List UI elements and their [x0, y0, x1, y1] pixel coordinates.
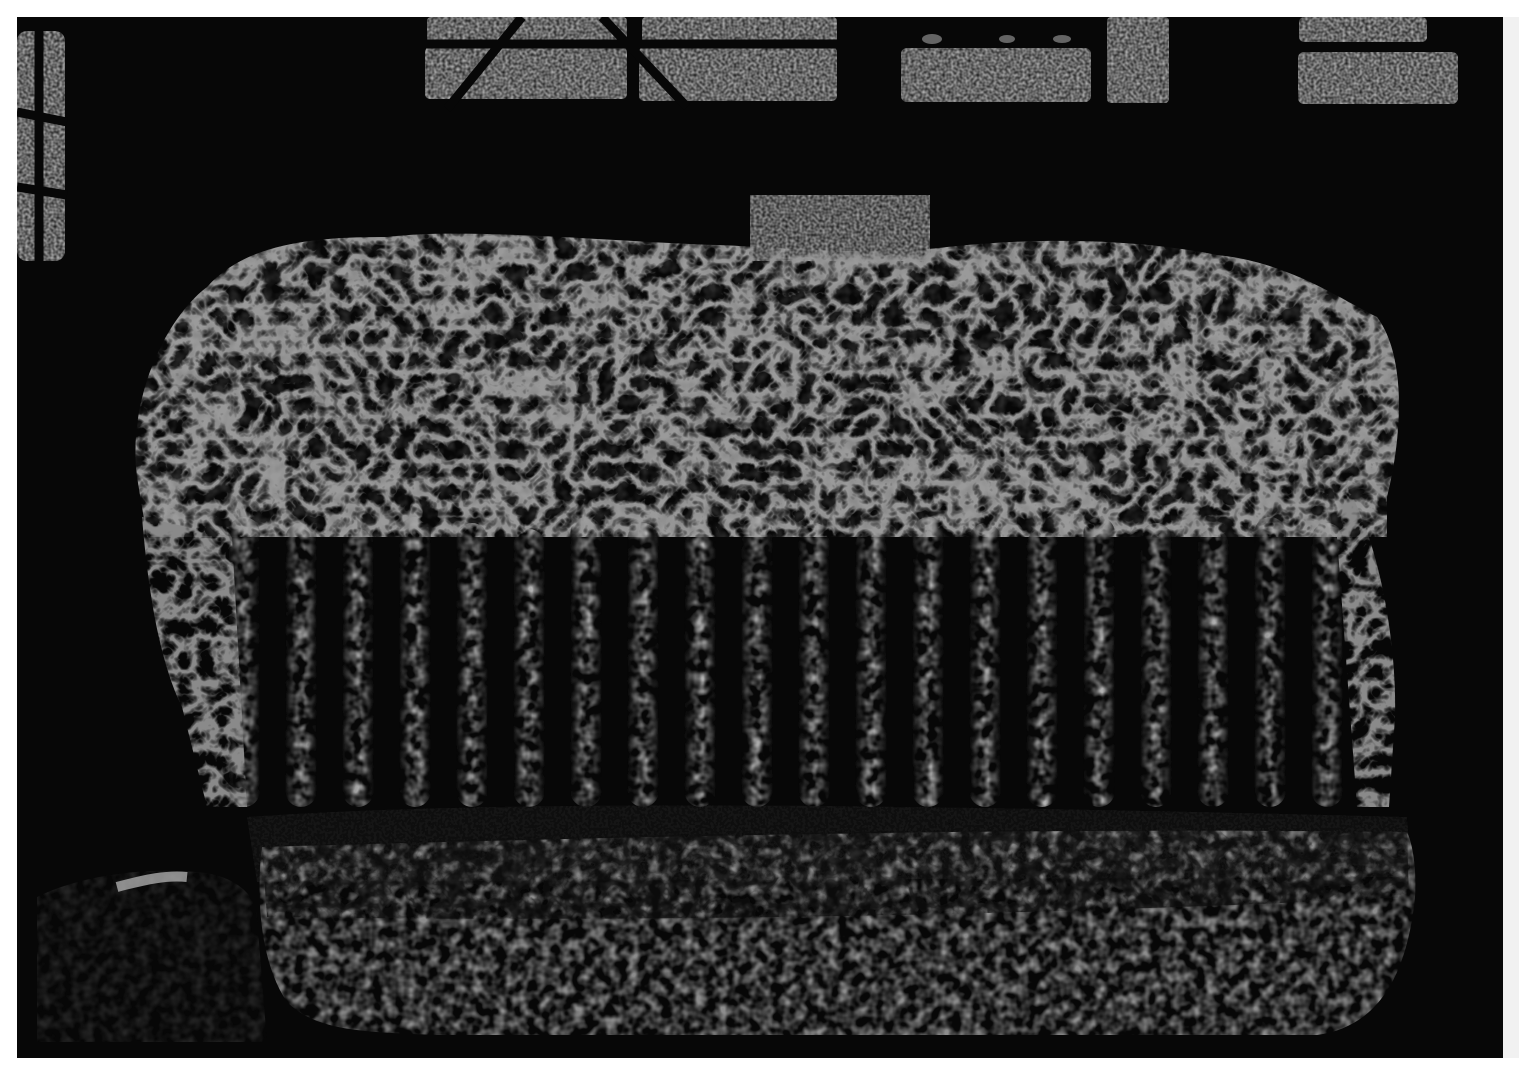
photograph: Grainy monochrome photo of a weathered s… [17, 17, 1503, 1058]
windows [17, 17, 1458, 261]
sculpture-scene [17, 17, 1503, 1058]
page-edge [1503, 17, 1519, 1058]
sculpture-fluting [228, 517, 1342, 807]
